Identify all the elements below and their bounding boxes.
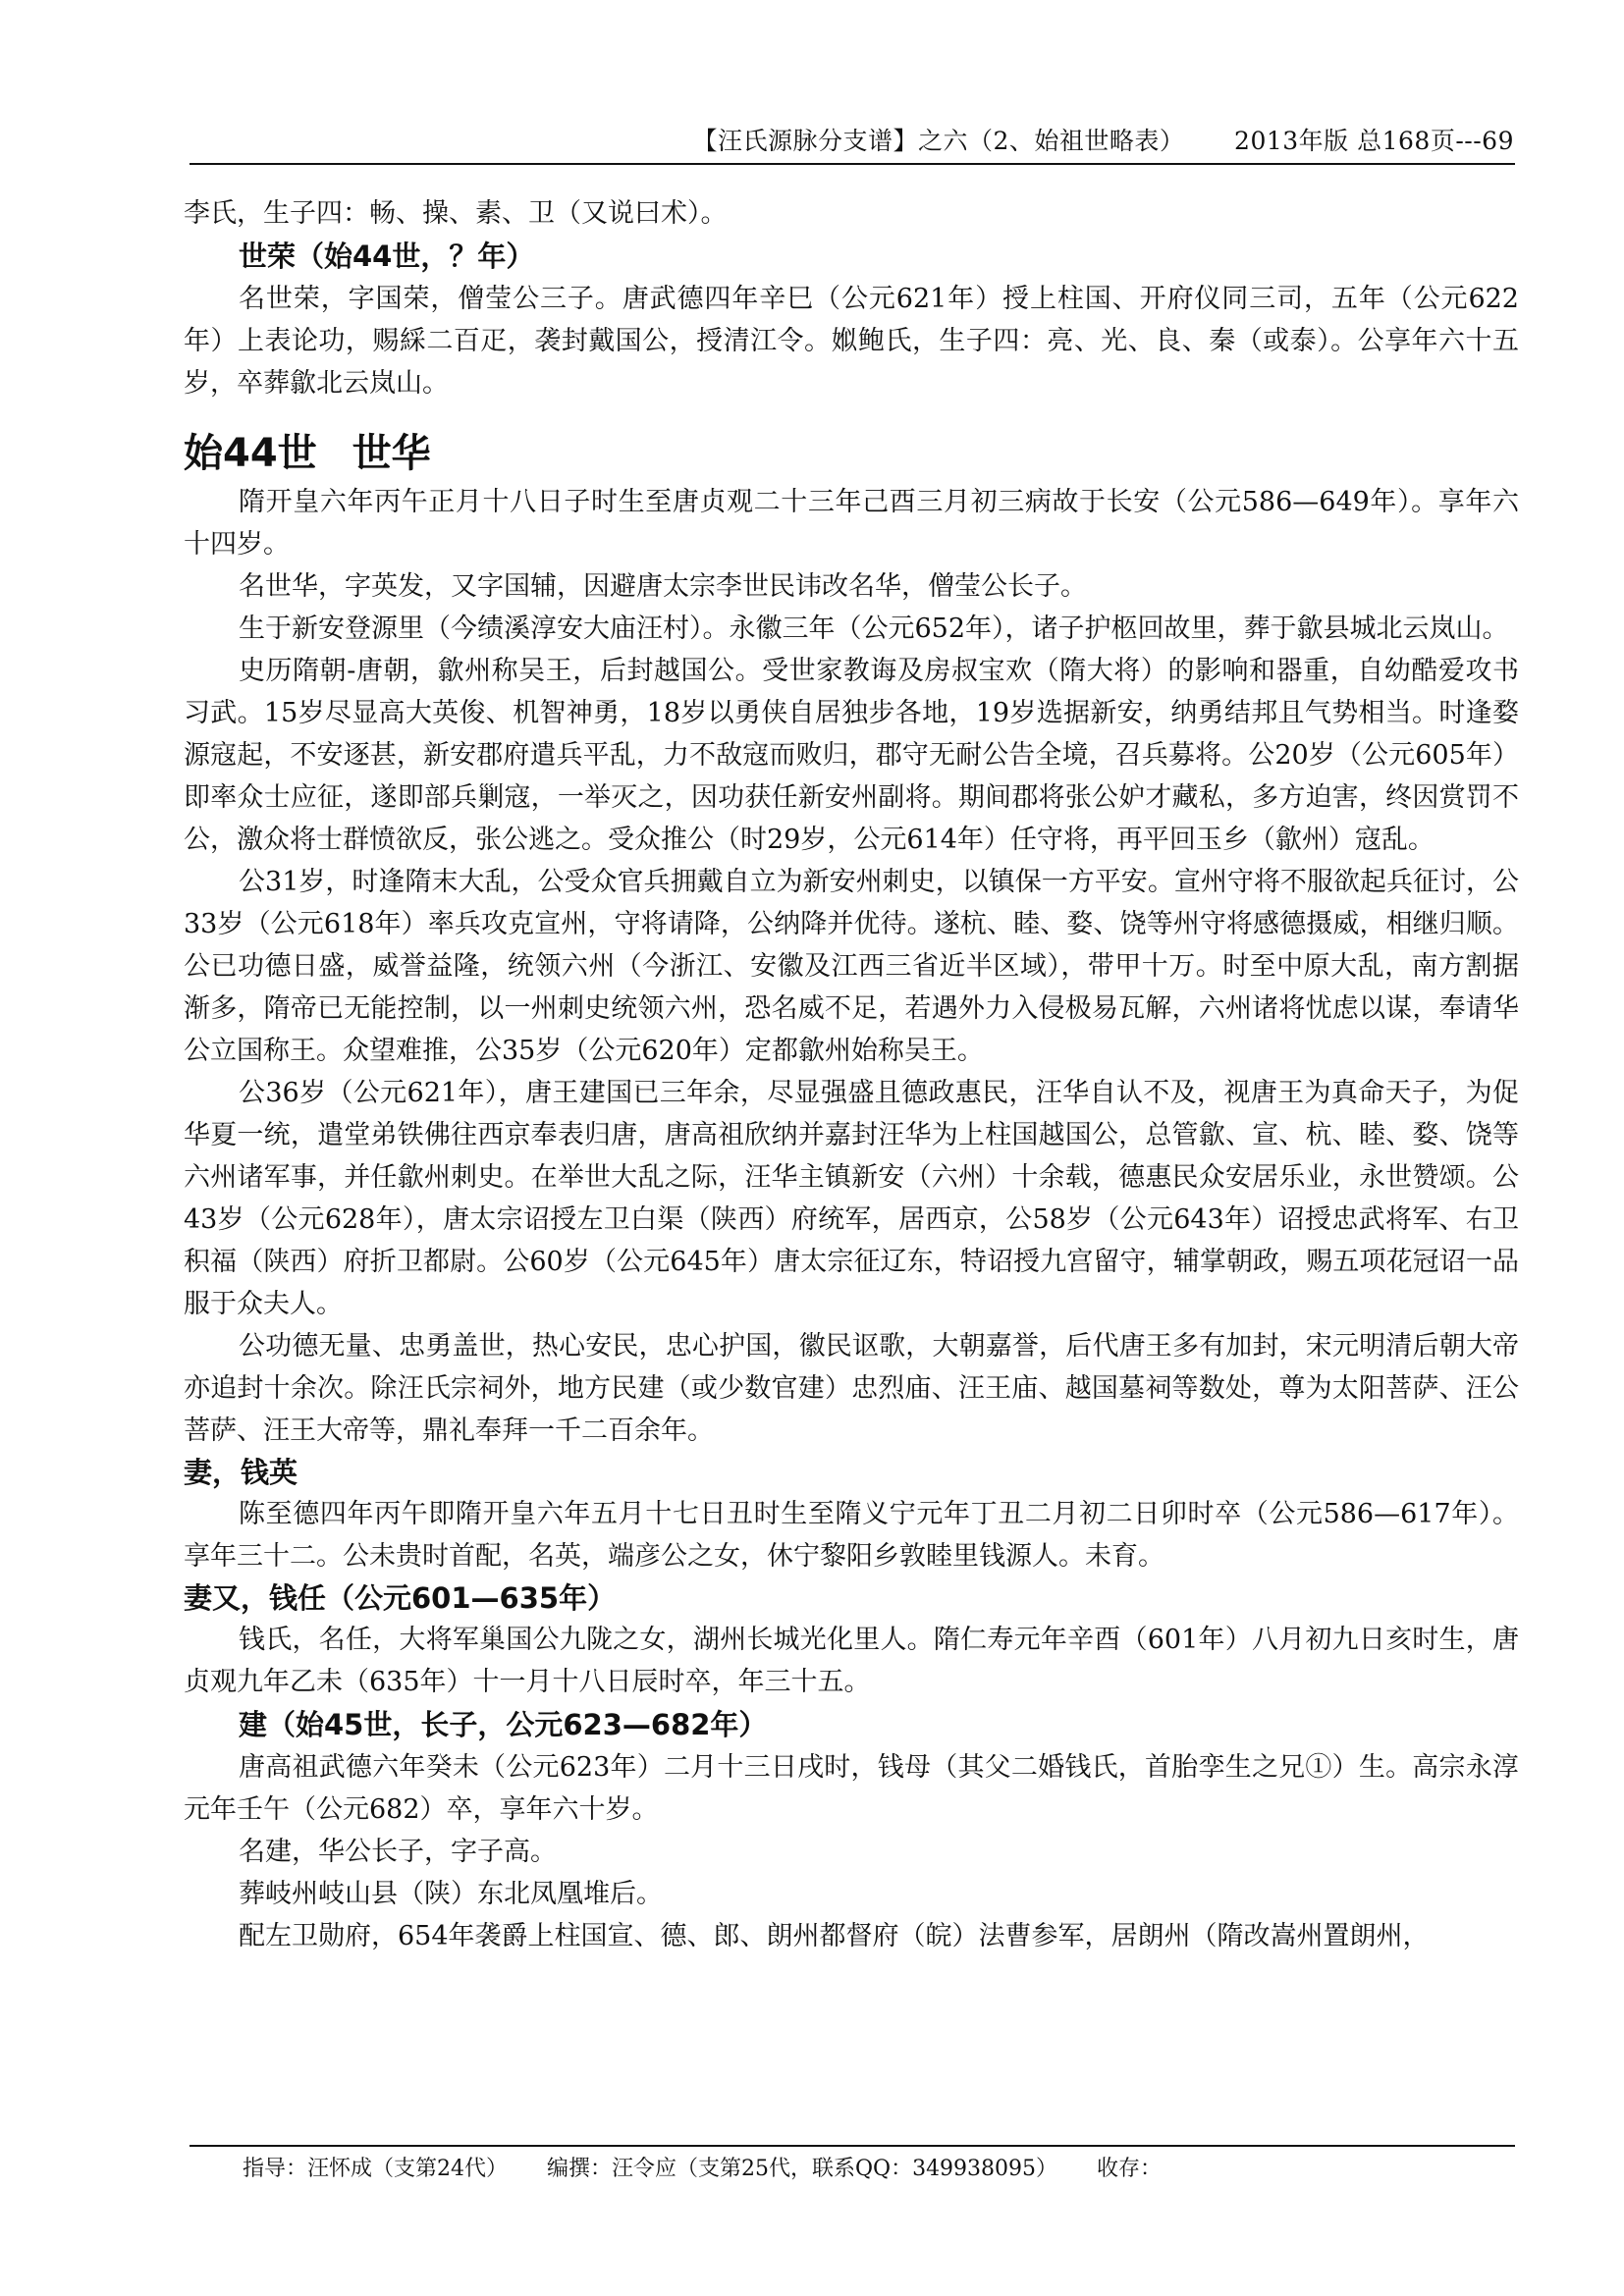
- paragraph: 公31岁，时逢隋末大乱，公受众官兵拥戴自立为新安州刺史，以镇保一方平安。宣州守将…: [184, 861, 1519, 1072]
- section-heading-shirong: 世荣（始44世，？年）: [184, 235, 1519, 278]
- section-heading-wife-qianren: 妻又，钱任（公元601—635年）: [184, 1577, 1519, 1619]
- paragraph: 钱氏，名任，大将军巢国公九陇之女，湖州长城光化里人。隋仁寿元年辛酉（601年）八…: [184, 1619, 1519, 1703]
- section-heading-jian: 建（始45世，长子，公元623—682年）: [184, 1703, 1519, 1746]
- paragraph: 史历隋朝-唐朝，歙州称吴王，后封越国公。受世家教诲及房叔宝欢（隋大将）的影响和器…: [184, 650, 1519, 861]
- page-header: 【汪氏源脉分支谱】之六（2、始祖世略表） 2013年版 总168页---69: [189, 116, 1514, 163]
- paragraph: 葬岐州岐山县（陕）东北凤凰堆后。: [184, 1873, 1519, 1915]
- paragraph: 唐高祖武德六年癸未（公元623年）二月十三日戌时，钱母（其父二婚钱氏，首胎孪生之…: [184, 1746, 1519, 1831]
- header-edition: 2013年版 总168页---69: [1234, 127, 1514, 155]
- paragraph: 公功德无量、忠勇盖世，热心安民，忠心护国，徽民讴歌，大朝嘉誉，后代唐王多有加封，…: [184, 1325, 1519, 1452]
- header-divider: [189, 163, 1515, 165]
- footer-divider: [189, 2145, 1515, 2147]
- document-body: 李氏，生子四：畅、操、素、卫（又说曰术）。 世荣（始44世，？年） 名世荣，字国…: [184, 192, 1519, 1957]
- paragraph: 配左卫勋府，654年袭爵上柱国宣、德、郎、朗州都督府（皖）法曹参军，居朗州（隋改…: [184, 1915, 1519, 1957]
- paragraph: 名世华，字英发，又字国辅，因避唐太宗李世民讳改名华，僧莹公长子。: [184, 565, 1519, 608]
- footer-collection: 收存：: [1097, 2157, 1162, 2181]
- section-heading-shihua: 始44世世华: [184, 426, 1519, 481]
- header-title: 【汪氏源脉分支谱】之六（2、始祖世略表）: [692, 127, 1184, 155]
- footer-advisor: 指导：汪怀成（支第24代）: [243, 2157, 508, 2181]
- page-footer: 指导：汪怀成（支第24代）编撰：汪令应（支第25代，联系QQ：349938095…: [243, 2152, 1201, 2182]
- paragraph: 陈至德四年丙午即隋开皇六年五月十七日丑时生至隋义宁元年丁丑二月初二日卯时卒（公元…: [184, 1493, 1519, 1577]
- generation-label: 始44世: [184, 431, 317, 476]
- paragraph: 隋开皇六年丙午正月十八日子时生至唐贞观二十三年己酉三月初三病故于长安（公元586…: [184, 481, 1519, 565]
- paragraph: 名建，华公长子，字子高。: [184, 1831, 1519, 1873]
- paragraph: 名世荣，字国荣，僧莹公三子。唐武德四年辛巳（公元621年）授上柱国、开府仪同三司…: [184, 278, 1519, 404]
- section-heading-wife-qianying: 妻，钱英: [184, 1452, 1519, 1493]
- footer-editor: 编撰：汪令应（支第25代，联系QQ：349938095）: [547, 2157, 1057, 2181]
- paragraph: 生于新安登源里（今绩溪淳安大庙汪村）。永徽三年（公元652年），诸子护柩回故里，…: [184, 608, 1519, 650]
- person-name: 世华: [352, 431, 431, 476]
- paragraph: 公36岁（公元621年），唐王建国已三年余，尽显强盛且德政惠民，汪华自认不及，视…: [184, 1072, 1519, 1325]
- header-title-line: 【汪氏源脉分支谱】之六（2、始祖世略表） 2013年版 总168页---69: [692, 122, 1514, 157]
- continuation-paragraph: 李氏，生子四：畅、操、素、卫（又说曰术）。: [184, 192, 1519, 235]
